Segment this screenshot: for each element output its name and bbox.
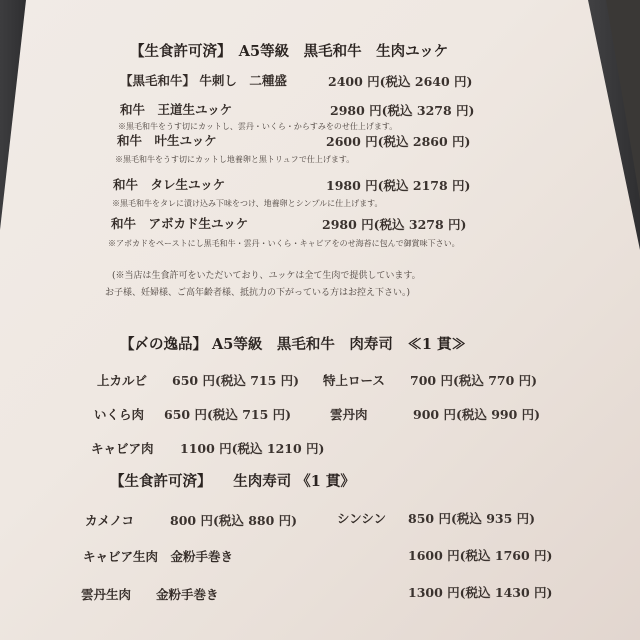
item-ikuraniku-name: いくら肉 bbox=[94, 405, 144, 423]
item-uniniku-name: 雲丹肉 bbox=[330, 405, 368, 423]
item-jokarubi-price: 650 円(税込 715 円) bbox=[172, 371, 299, 389]
item-gyusashi-name: 【黒毛和牛】 牛刺し 二種盛 bbox=[120, 71, 287, 89]
item-ikuraniku-price: 650 円(税込 715 円) bbox=[164, 405, 291, 423]
section2-heading: 【〆の逸品】 A5等級 黒毛和牛 肉寿司 ≪1 貫≫ bbox=[120, 333, 466, 354]
warning-line-2: お子様、妊婦様、ご高年齢者様、抵抗力の下がっている方はお控え下さい。) bbox=[105, 285, 410, 298]
item-jokarubi-name: 上カルビ bbox=[97, 371, 147, 389]
warning-line-1: (※当店は生食許可をいただいており、ユッケは全て生肉で提供しています。 bbox=[112, 268, 421, 281]
item-avocado-price: 2980 円(税込 3278 円) bbox=[322, 215, 466, 233]
item-kamenoko-name: カメノコ bbox=[85, 511, 134, 529]
section1-heading: 【生食許可済】 A5等級 黒毛和牛 生肉ユッケ bbox=[130, 40, 448, 61]
item-gyusashi-price: 2400 円(税込 2640 円) bbox=[328, 72, 472, 90]
item-caviar-temaki-price: 1600 円(税込 1760 円) bbox=[408, 546, 552, 564]
item-kanau-note: ※黒毛和牛をうす切にカットし地養卵と黒トリュフで仕上げます。 bbox=[115, 154, 354, 165]
item-kanau-price: 2600 円(税込 2860 円) bbox=[326, 132, 470, 150]
item-caviarniku-price: 1100 円(税込 1210 円) bbox=[180, 439, 324, 457]
item-caviar-temaki-name: キャビア生肉 金粉手巻き bbox=[83, 547, 233, 565]
section3-heading: 【生食許可済】 生肉寿司 《1 貫》 bbox=[110, 470, 355, 491]
item-avocado-name: 和牛 アボカド生ユッケ bbox=[111, 214, 248, 232]
item-shinshin-name: シンシン bbox=[337, 509, 386, 527]
item-avocado-note: ※アボカドをペーストにし黒毛和牛・雲丹・いくら・キャビアをのせ海苔に包んで御賞味… bbox=[108, 238, 460, 249]
item-tokujorosu-price: 700 円(税込 770 円) bbox=[410, 371, 537, 389]
item-kamenoko-price: 800 円(税込 880 円) bbox=[170, 511, 297, 529]
item-uniniku-price: 900 円(税込 990 円) bbox=[413, 405, 540, 423]
item-oudou-price: 2980 円(税込 3278 円) bbox=[330, 101, 474, 119]
item-uni-temaki-price: 1300 円(税込 1430 円) bbox=[408, 583, 552, 601]
item-oudou-name: 和牛 王道生ユッケ bbox=[120, 100, 232, 118]
item-tokujorosu-name: 特上ロース bbox=[323, 371, 385, 389]
item-tare-name: 和牛 タレ生ユッケ bbox=[113, 175, 225, 193]
item-shinshin-price: 850 円(税込 935 円) bbox=[408, 509, 535, 527]
item-caviarniku-name: キャビア肉 bbox=[91, 439, 154, 457]
item-tare-note: ※黒毛和牛をタレに漬け込み下味をつけ、地養卵とシンプルに仕上げます。 bbox=[112, 198, 383, 209]
item-kanau-name: 和牛 叶生ユッケ bbox=[117, 131, 217, 149]
item-tare-price: 1980 円(税込 2178 円) bbox=[326, 176, 470, 194]
menu-page bbox=[0, 0, 640, 640]
item-uni-temaki-name: 雲丹生肉 金粉手巻き bbox=[81, 585, 219, 603]
